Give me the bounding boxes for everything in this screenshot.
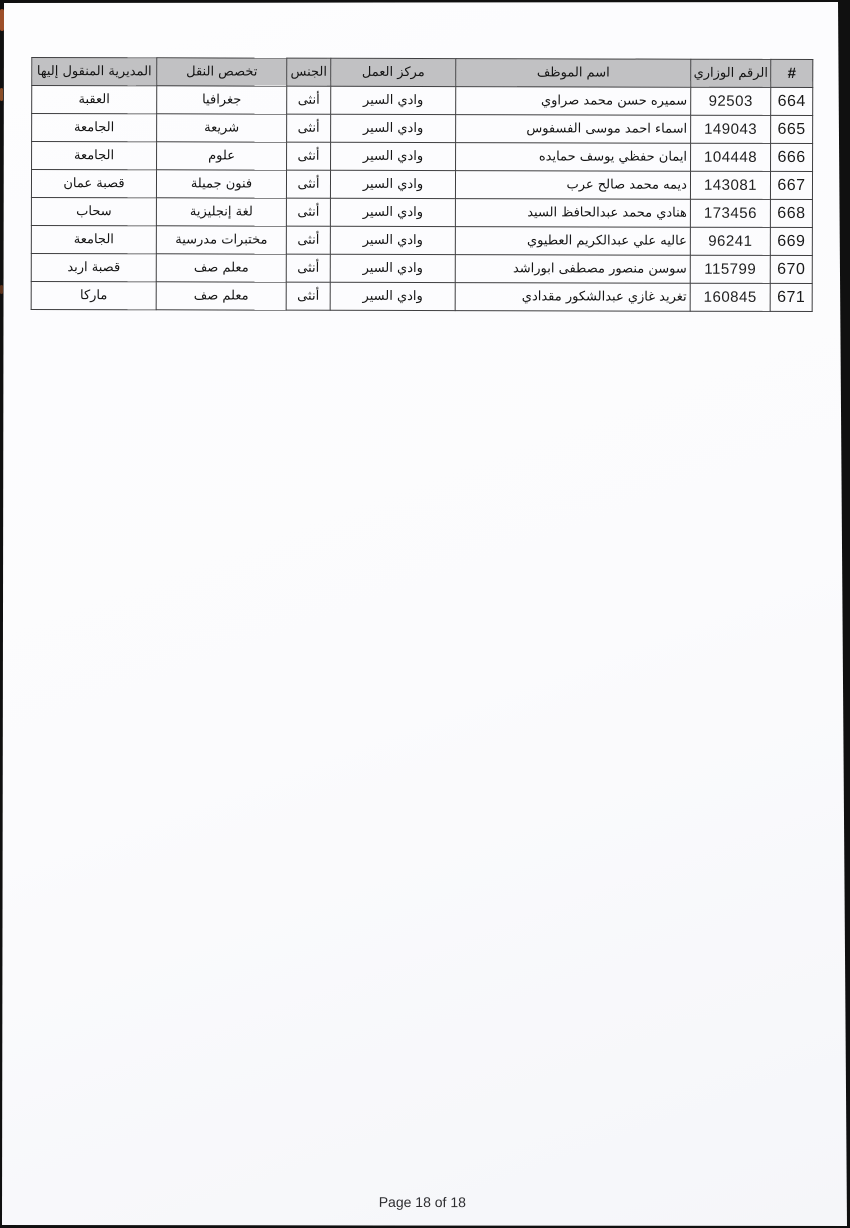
table-row: 667 143081 ديمه محمد صالح عرب وادي السير… [31, 169, 812, 199]
transfer-table: # الرقم الوزاري اسم الموظف مركز العمل ال… [31, 57, 814, 312]
table-row: 671 160845 تغريد غازي عبدالشكور مقدادي و… [31, 281, 812, 311]
cell-destination-directorate: قصبة عمان [31, 169, 156, 197]
cell-work-center: وادي السير [331, 86, 456, 114]
table-row: 670 115799 سوسن منصور مصطفى ابوراشد وادي… [31, 253, 812, 283]
cell-ministry-number: 92503 [691, 87, 771, 115]
header-employee-name: اسم الموظف [456, 59, 691, 88]
header-work-center: مركز العمل [331, 58, 456, 86]
cell-transfer-specialization: شريعة [157, 114, 287, 142]
cell-employee-name: اسماء احمد موسى الفسفوس [456, 115, 691, 144]
cell-gender: أنثى [286, 254, 330, 282]
cell-serial: 664 [771, 87, 813, 115]
cell-destination-directorate: قصبة اربد [31, 253, 156, 281]
cell-transfer-specialization: مختبرات مدرسية [156, 226, 286, 254]
cell-work-center: وادي السير [330, 226, 455, 254]
cell-destination-directorate: العقبة [32, 85, 157, 113]
cell-destination-directorate: ماركا [31, 281, 156, 309]
cell-employee-name: سوسن منصور مصطفى ابوراشد [455, 255, 690, 284]
cell-gender: أنثى [287, 86, 331, 114]
cell-work-center: وادي السير [330, 170, 455, 198]
cell-employee-name: تغريد غازي عبدالشكور مقدادي [455, 283, 690, 312]
table-row: 666 104448 ايمان حفظي يوسف حمايده وادي ا… [32, 141, 813, 171]
table-header-row: # الرقم الوزاري اسم الموظف مركز العمل ال… [32, 57, 813, 87]
cell-ministry-number: 143081 [690, 171, 770, 199]
cell-transfer-specialization: جغرافيا [157, 86, 287, 114]
page-number-footer: Page 18 of 18 [0, 1193, 847, 1211]
cell-serial: 671 [770, 283, 812, 311]
table-row: 665 149043 اسماء احمد موسى الفسفوس وادي … [32, 113, 813, 143]
header-serial: # [771, 59, 813, 87]
cell-ministry-number: 104448 [691, 143, 771, 171]
cell-employee-name: سميره حسن محمد صراوي [456, 87, 691, 116]
table-row: 664 92503 سميره حسن محمد صراوي وادي السي… [32, 85, 813, 115]
header-destination-directorate: المديرية المنقول إليها [32, 57, 157, 85]
cell-ministry-number: 160845 [690, 283, 770, 311]
cell-employee-name: ديمه محمد صالح عرب [455, 171, 690, 200]
cell-destination-directorate: الجامعة [32, 141, 157, 169]
cell-gender: أنثى [287, 142, 331, 170]
cell-gender: أنثى [286, 170, 330, 198]
cell-transfer-specialization: فنون جميلة [156, 170, 286, 198]
cell-gender: أنثى [286, 282, 330, 310]
cell-destination-directorate: الجامعة [32, 113, 157, 141]
cell-ministry-number: 149043 [691, 115, 771, 143]
table-row: 668 173456 هنادي محمد عبدالحافظ السيد وا… [31, 197, 812, 227]
cell-serial: 670 [770, 255, 812, 283]
header-ministry-number: الرقم الوزاري [691, 59, 771, 87]
cell-serial: 669 [770, 227, 812, 255]
cell-work-center: وادي السير [331, 142, 456, 170]
cell-ministry-number: 115799 [690, 255, 770, 283]
cell-serial: 668 [770, 199, 812, 227]
cell-gender: أنثى [287, 114, 331, 142]
header-transfer-specialization: تخصص النقل [157, 58, 287, 86]
cell-employee-name: هنادي محمد عبدالحافظ السيد [455, 199, 690, 228]
cell-work-center: وادي السير [331, 114, 456, 142]
cell-destination-directorate: الجامعة [31, 225, 156, 253]
cell-serial: 665 [771, 115, 813, 143]
cell-employee-name: ايمان حفظي يوسف حمايده [456, 143, 691, 172]
header-gender: الجنس [287, 58, 331, 86]
cell-serial: 667 [770, 171, 812, 199]
cell-ministry-number: 96241 [690, 227, 770, 255]
table-row: 669 96241 عاليه علي عبدالكريم العطيوي وا… [31, 225, 812, 255]
cell-transfer-specialization: معلم صف [156, 282, 286, 310]
cell-transfer-specialization: معلم صف [156, 254, 286, 282]
cell-gender: أنثى [286, 226, 330, 254]
cell-transfer-specialization: علوم [157, 142, 287, 170]
cell-ministry-number: 173456 [690, 199, 770, 227]
cell-employee-name: عاليه علي عبدالكريم العطيوي [455, 227, 690, 256]
cell-work-center: وادي السير [330, 198, 455, 226]
cell-gender: أنثى [286, 198, 330, 226]
cell-serial: 666 [771, 143, 813, 171]
cell-work-center: وادي السير [330, 282, 455, 310]
cell-destination-directorate: سحاب [31, 197, 156, 225]
cell-work-center: وادي السير [330, 254, 455, 282]
cell-transfer-specialization: لغة إنجليزية [156, 198, 286, 226]
page-content: # الرقم الوزاري اسم الموظف مركز العمل ال… [0, 0, 850, 1228]
